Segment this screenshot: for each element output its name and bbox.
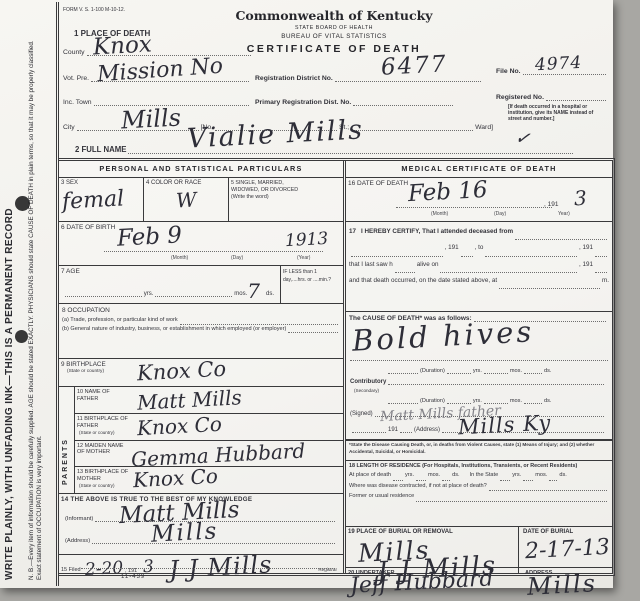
date-of-death-label: 16 DATE OF DEATH — [348, 180, 408, 187]
cause-duration-row: (Duration) yrs. mos. ds. — [346, 357, 612, 377]
birthplace-row: 9 BIRTHPLACE (State or country) Knox Co — [59, 359, 343, 387]
death-day-caption: (Day) — [494, 211, 506, 217]
registered-no-label: Registered No. — [496, 94, 544, 101]
undertaker-address-value-handwriting: Mills — [526, 571, 597, 599]
certify-191b: , 191 — [579, 240, 593, 256]
age-days-value-handwriting: 7 — [247, 285, 260, 297]
mother-birthplace-label: 13 BIRTHPLACE OF MOTHER — [77, 469, 129, 483]
inc-town-label: Inc. Town — [63, 99, 92, 106]
date-of-birth-value-handwriting: Feb 9 — [116, 224, 182, 250]
certify-line2: that I last saw h — [349, 257, 393, 273]
residence-yrs-label: yrs. — [405, 470, 414, 481]
state-ds-label: ds. — [559, 470, 566, 481]
cause-of-death-value-handwriting: Bold hives — [351, 317, 534, 355]
certify-line1: I HEREBY CERTIFY, That I attended deceas… — [361, 224, 513, 240]
death-year-caption: Year) — [558, 211, 570, 217]
medical-section-title: MEDICAL CERTIFICATE OF DEATH — [346, 161, 612, 178]
margin-note-permanent-record: WRITE PLAINLY, WITH UNFADING INK—THIS IS… — [4, 24, 15, 580]
age-values-line: yrs. mos. 7 ds. — [63, 285, 274, 297]
date-of-birth-row: 6 DATE OF BIRTH Feb 9 1913 (Month) (Day)… — [59, 222, 343, 266]
death-month-caption: (Month) — [431, 211, 448, 217]
registration-district-value-handwriting: 6477 — [380, 53, 448, 79]
race-label: 4 COLOR OR RACE — [146, 180, 201, 186]
parents-label: PARENTS — [62, 405, 69, 485]
month-caption: (Month) — [171, 255, 188, 261]
ink-stamp-mark — [15, 196, 30, 211]
undertaker-address-cell: ADDRESS Mills — [519, 568, 612, 573]
birthplace-value-handwriting: Knox Co — [137, 359, 227, 385]
date-of-birth-label: 6 DATE OF BIRTH — [61, 224, 115, 231]
sex-label: 3 SEX — [61, 180, 78, 186]
residence-label: 18 LENGTH OF RESIDENCE (For Hospitals, I… — [349, 463, 609, 470]
certify-line3: and that death occurred, on the date sta… — [349, 273, 497, 289]
contributory-label: Contributory — [350, 379, 386, 385]
occupation-trade-label: (a) Trade, profession, or particular kin… — [62, 316, 178, 325]
file-no-value-handwriting: 4974 — [535, 55, 583, 74]
certify-block: 17 I HEREBY CERTIFY, That I attended dec… — [346, 222, 612, 312]
age-yrs-label: yrs. — [144, 291, 154, 297]
contributory-duration-mos: mos. — [510, 398, 522, 404]
form-main-box: PERSONAL AND STATISTICAL PARTICULARS 3 S… — [59, 158, 615, 576]
state-board-subtitle: STATE BOARD OF HEALTH — [199, 25, 469, 31]
father-name-label: 10 NAME OF FATHER — [77, 389, 123, 403]
filed-date-handwriting: 2-20 — [85, 560, 124, 579]
duration-mos: mos. — [510, 368, 522, 374]
burial-date-label: DATE OF BURIAL — [523, 529, 573, 535]
age-row: 7 AGE yrs. mos. 7 ds. IF LESS than 1 day… — [59, 266, 343, 304]
certify-number: 17 — [349, 224, 356, 240]
county-value-handwriting: Knox — [92, 33, 152, 59]
informant-address-value-handwriting: Mills — [150, 520, 219, 546]
burial-place-label: 19 PLACE OF BURIAL OR REMOVAL — [348, 529, 453, 535]
parents-block: PARENTS 10 NAME OF FATHER Matt Mills 11 … — [59, 387, 343, 494]
birth-year-value-handwriting: 1913 — [285, 231, 329, 250]
parents-side-label-cell: PARENTS — [59, 387, 75, 493]
day-caption: (Day) — [231, 255, 243, 261]
residence-values-line: At place of death yrs. mos. ds. In the S… — [349, 470, 609, 481]
city-value-handwriting: Mills — [120, 105, 181, 132]
form-stock-number: 11-439 — [121, 574, 145, 580]
form-number-note: FORM V. S. 1-100 M-10-12. — [63, 7, 125, 13]
certify-to: , to — [475, 240, 484, 256]
father-name-value-handwriting: Matt Mills — [137, 387, 243, 412]
certify-191c: , 191 — [579, 257, 593, 273]
contributory-duration-ds: ds. — [544, 398, 551, 404]
date-of-death-value-handwriting: Feb 16 — [407, 179, 488, 206]
personal-section-title: PERSONAL AND STATISTICAL PARTICULARS — [59, 161, 343, 178]
age-cell: 7 AGE yrs. mos. 7 ds. — [59, 266, 281, 303]
burial-date-value-handwriting: 2-17-13 — [524, 537, 610, 563]
occupation-industry-label: (b) General nature of industry, business… — [62, 325, 286, 334]
occupation-row: 8 OCCUPATION (a) Trade, profession, or p… — [59, 304, 343, 359]
certify-m: m. — [602, 273, 609, 289]
city-ward-label: Ward] — [475, 124, 493, 131]
death-year-prefix: , 191 — [544, 201, 558, 208]
father-birthplace-row: 11 BIRTHPLACE OF FATHER (State or countr… — [75, 414, 343, 441]
signed-label: (Signed) — [350, 411, 373, 417]
contributory-row: Contributory (Secondary) (Duration) yrs.… — [346, 377, 612, 407]
mother-birthplace-value-handwriting: Knox Co — [133, 466, 219, 490]
city-label: City — [63, 124, 75, 131]
father-birthplace-label: 11 BIRTHPLACE OF FATHER — [77, 416, 129, 430]
certify-191a: , 191 — [445, 240, 459, 256]
marital-label: 5 SINGLE, MARRIED, WIDOWED, OR DIVORCED … — [231, 180, 309, 201]
contributory-line: Contributory — [350, 379, 606, 385]
race-cell: 4 COLOR OR RACE W — [144, 178, 229, 221]
birthplace-sub-label: (State or country) — [67, 369, 104, 374]
contributory-duration-label: (Duration) — [420, 398, 445, 404]
certificate-header: Commonwealth of Kentucky STATE BOARD OF … — [199, 8, 469, 55]
duration-yrs: yrs. — [473, 368, 482, 374]
duration-label: (Duration) — [420, 368, 445, 374]
age-ds-label: ds. — [266, 291, 274, 297]
ink-stamp-mark — [15, 330, 28, 343]
registered-no-field: Registered No. — [496, 94, 608, 101]
margin-note-instructions: N. B.—Every item of information should b… — [28, 24, 54, 580]
parents-rows: 10 NAME OF FATHER Matt Mills 11 BIRTHPLA… — [75, 387, 343, 493]
county-field: County — [63, 49, 253, 56]
duration-ds: ds. — [544, 368, 551, 374]
residence-former-label: Former or usual residence — [349, 491, 414, 502]
state-yrs-label: yrs. — [512, 470, 521, 481]
cause-of-death-row: The CAUSE OF DEATH* was as follows: Bold… — [346, 312, 612, 357]
commonwealth-title: Commonwealth of Kentucky — [199, 8, 469, 23]
informant-address-label: (Address) — [65, 538, 90, 544]
birthplace-label: 9 BIRTHPLACE — [61, 361, 106, 368]
signed-row: (Signed) Matt Mills father 191 (Address)… — [346, 407, 612, 441]
residence-ds-label: ds. — [452, 470, 459, 481]
personal-particulars-column: PERSONAL AND STATISTICAL PARTICULARS 3 S… — [59, 161, 346, 573]
signed-address-value-handwriting: Mills Ky — [458, 413, 552, 439]
certify-alive: alive on — [417, 257, 439, 273]
mother-name-value-handwriting: Gemma Hubbard — [131, 440, 306, 469]
signed-address-label: (Address) — [414, 427, 440, 433]
bureau-subtitle: BUREAU OF VITAL STATISTICS — [199, 33, 469, 40]
death-certificate-form: FORM V. S. 1-100 M-10-12. Commonwealth o… — [56, 2, 615, 586]
father-birthplace-value-handwriting: Knox Co — [137, 414, 223, 438]
hospital-instruction-note: [If death occurred in a hospital or inst… — [508, 104, 608, 122]
occupation-label: 8 OCCUPATION — [62, 306, 340, 316]
mother-birthplace-sub-label: (State or country) — [79, 483, 115, 488]
death-year-value-handwriting: 3 — [573, 188, 587, 209]
extra-signature-handwriting: J J Mills — [376, 553, 497, 585]
father-birthplace-sub-label: (State or country) — [79, 430, 115, 435]
mother-birthplace-row: 13 BIRTHPLACE OF MOTHER (State or countr… — [75, 467, 343, 493]
certificate-scan: WRITE PLAINLY, WITH UNFADING INK—THIS IS… — [0, 0, 613, 588]
residence-at-place-label: At place of death — [349, 470, 391, 481]
filed-row: 15 Filed 2-20 , 191 3 J J Mills Registra… — [59, 555, 343, 573]
residence-mos-label: mos. — [428, 470, 440, 481]
sex-race-marital-row: 3 SEX femal 4 COLOR OR RACE W 5 SINGLE, … — [59, 178, 343, 222]
informant-block: 14 THE ABOVE IS TRUE TO THE BEST OF MY K… — [59, 494, 343, 555]
primary-registration-field: Primary Registration Dist. No. — [255, 99, 455, 106]
burial-date-cell: DATE OF BURIAL 2-17-13 — [519, 527, 612, 567]
sex-value-handwriting: femal — [61, 188, 124, 213]
residence-in-state-label: In the State — [470, 470, 499, 481]
file-no-label: File No. — [496, 68, 521, 75]
age-label: 7 AGE — [61, 268, 80, 275]
residence-where-label: Where was disease contracted, if not at … — [349, 481, 487, 492]
registration-district-field: Registration District No. — [255, 75, 483, 82]
signed-year-label: 191 — [388, 427, 398, 433]
father-name-row: 10 NAME OF FATHER Matt Mills — [75, 387, 343, 414]
county-label: County — [63, 49, 85, 56]
duration-line: (Duration) yrs. mos. ds. — [386, 368, 606, 374]
race-value-handwriting: W — [175, 189, 197, 210]
informant-label: (Informant) — [65, 516, 93, 522]
residence-block: 18 LENGTH OF RESIDENCE (For Hospitals, I… — [346, 461, 612, 527]
age-mos-label: mos. — [234, 291, 247, 297]
age-less-than-day-note: IF LESS than 1 day,....hrs. or ....min.? — [281, 266, 343, 303]
marital-cell: 5 SINGLE, MARRIED, WIDOWED, OR DIVORCED … — [229, 178, 343, 221]
filed-label: 15 Filed — [61, 567, 81, 573]
full-name-label: 2 FULL NAME — [75, 145, 126, 154]
date-of-death-row: 16 DATE OF DEATH Feb 16 , 191 3 (Month) … — [346, 178, 612, 222]
state-mos-label: mos. — [535, 470, 547, 481]
medical-certificate-column: MEDICAL CERTIFICATE OF DEATH 16 DATE OF … — [346, 161, 612, 573]
registration-district-label: Registration District No. — [255, 75, 333, 82]
registrar-signature-handwriting: J J Mills — [168, 552, 273, 581]
year-caption: (Year) — [297, 255, 310, 261]
sex-cell: 3 SEX femal — [59, 178, 144, 221]
precinct-label: Vot. Pre. — [63, 75, 89, 82]
contributory-sub-label: (Secondary) — [354, 388, 379, 393]
mother-name-label: 12 MAIDEN NAME OF MOTHER — [77, 443, 129, 457]
primary-registration-label: Primary Registration Dist. No. — [255, 99, 351, 106]
violent-causes-footnote: *State the Disease Causing Death, or, in… — [346, 441, 612, 461]
